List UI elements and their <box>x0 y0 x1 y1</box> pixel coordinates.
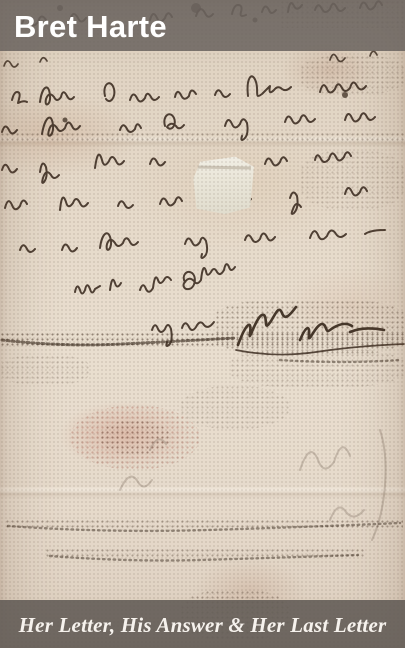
book-cover: Bret Harte Her Letter, His Answer & Her … <box>0 0 405 648</box>
vignette <box>0 0 405 648</box>
author-name: Bret Harte <box>0 6 167 45</box>
book-title: Her Letter, His Answer & Her Last Letter <box>0 611 405 638</box>
title-band: Her Letter, His Answer & Her Last Letter <box>0 600 405 648</box>
author-band: Bret Harte <box>0 0 405 51</box>
